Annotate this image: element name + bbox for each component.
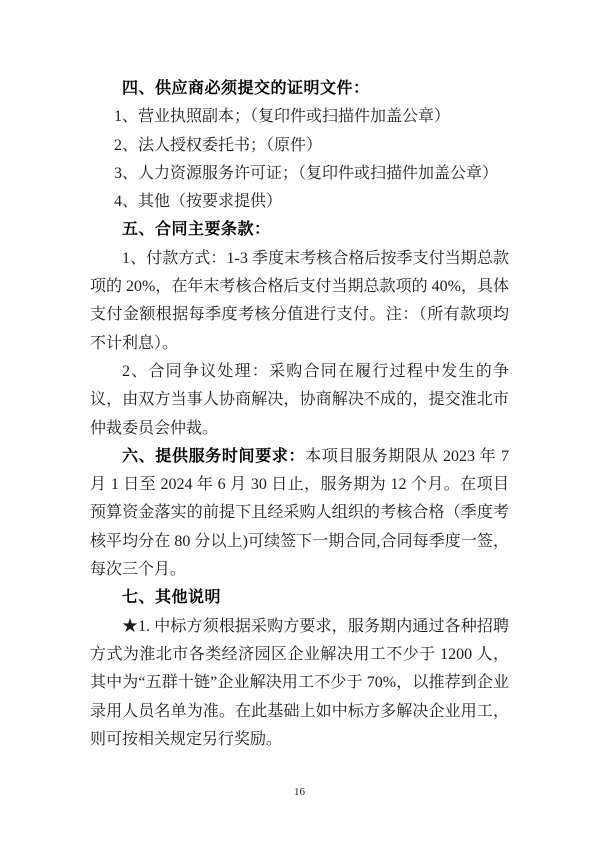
cert-item-1: 1、营业执照副本；（复印件或扫描件加盖公章）: [90, 103, 509, 131]
cert-item-3: 3、人力资源服务许可证；（复印件或扫描件加盖公章）: [90, 160, 509, 188]
document-body: 四、供应商必须提交的证明文件： 1、营业执照副本；（复印件或扫描件加盖公章） 2…: [90, 75, 509, 754]
document-page: 四、供应商必须提交的证明文件： 1、营业执照副本；（复印件或扫描件加盖公章） 2…: [0, 0, 600, 848]
section-heading-7: 七、其他说明: [90, 584, 509, 612]
paragraph-other-notes: ★1. 中标方须根据采购方要求，服务期内通过各种招聘方式为淮北市各类经济园区企业…: [90, 613, 509, 754]
paragraph-dispute-resolution: 2、合同争议处理：采购合同在履行过程中发生的争议，由双方当事人协商解决，协商解决…: [90, 358, 509, 443]
cert-item-2: 2、法人授权委托书；（原件）: [90, 132, 509, 160]
paragraph-payment-terms: 1、付款方式：1-3 季度末考核合格后按季支付当期总款项的 20%，在年末考核合…: [90, 245, 509, 358]
paragraph-service-period-text: 本项目服务期限从 2023 年 7 月 1 日至 2024 年 6 月 30 日…: [90, 448, 509, 578]
cert-item-4: 4、其他（按要求提供）: [90, 188, 509, 216]
inline-heading-6: 六、提供服务时间要求：: [122, 448, 305, 465]
section-heading-5: 五、合同主要条款：: [90, 216, 509, 244]
section-heading-4: 四、供应商必须提交的证明文件：: [90, 75, 509, 103]
page-number: 16: [90, 786, 509, 799]
paragraph-service-period: 六、提供服务时间要求：本项目服务期限从 2023 年 7 月 1 日至 2024…: [90, 443, 509, 584]
